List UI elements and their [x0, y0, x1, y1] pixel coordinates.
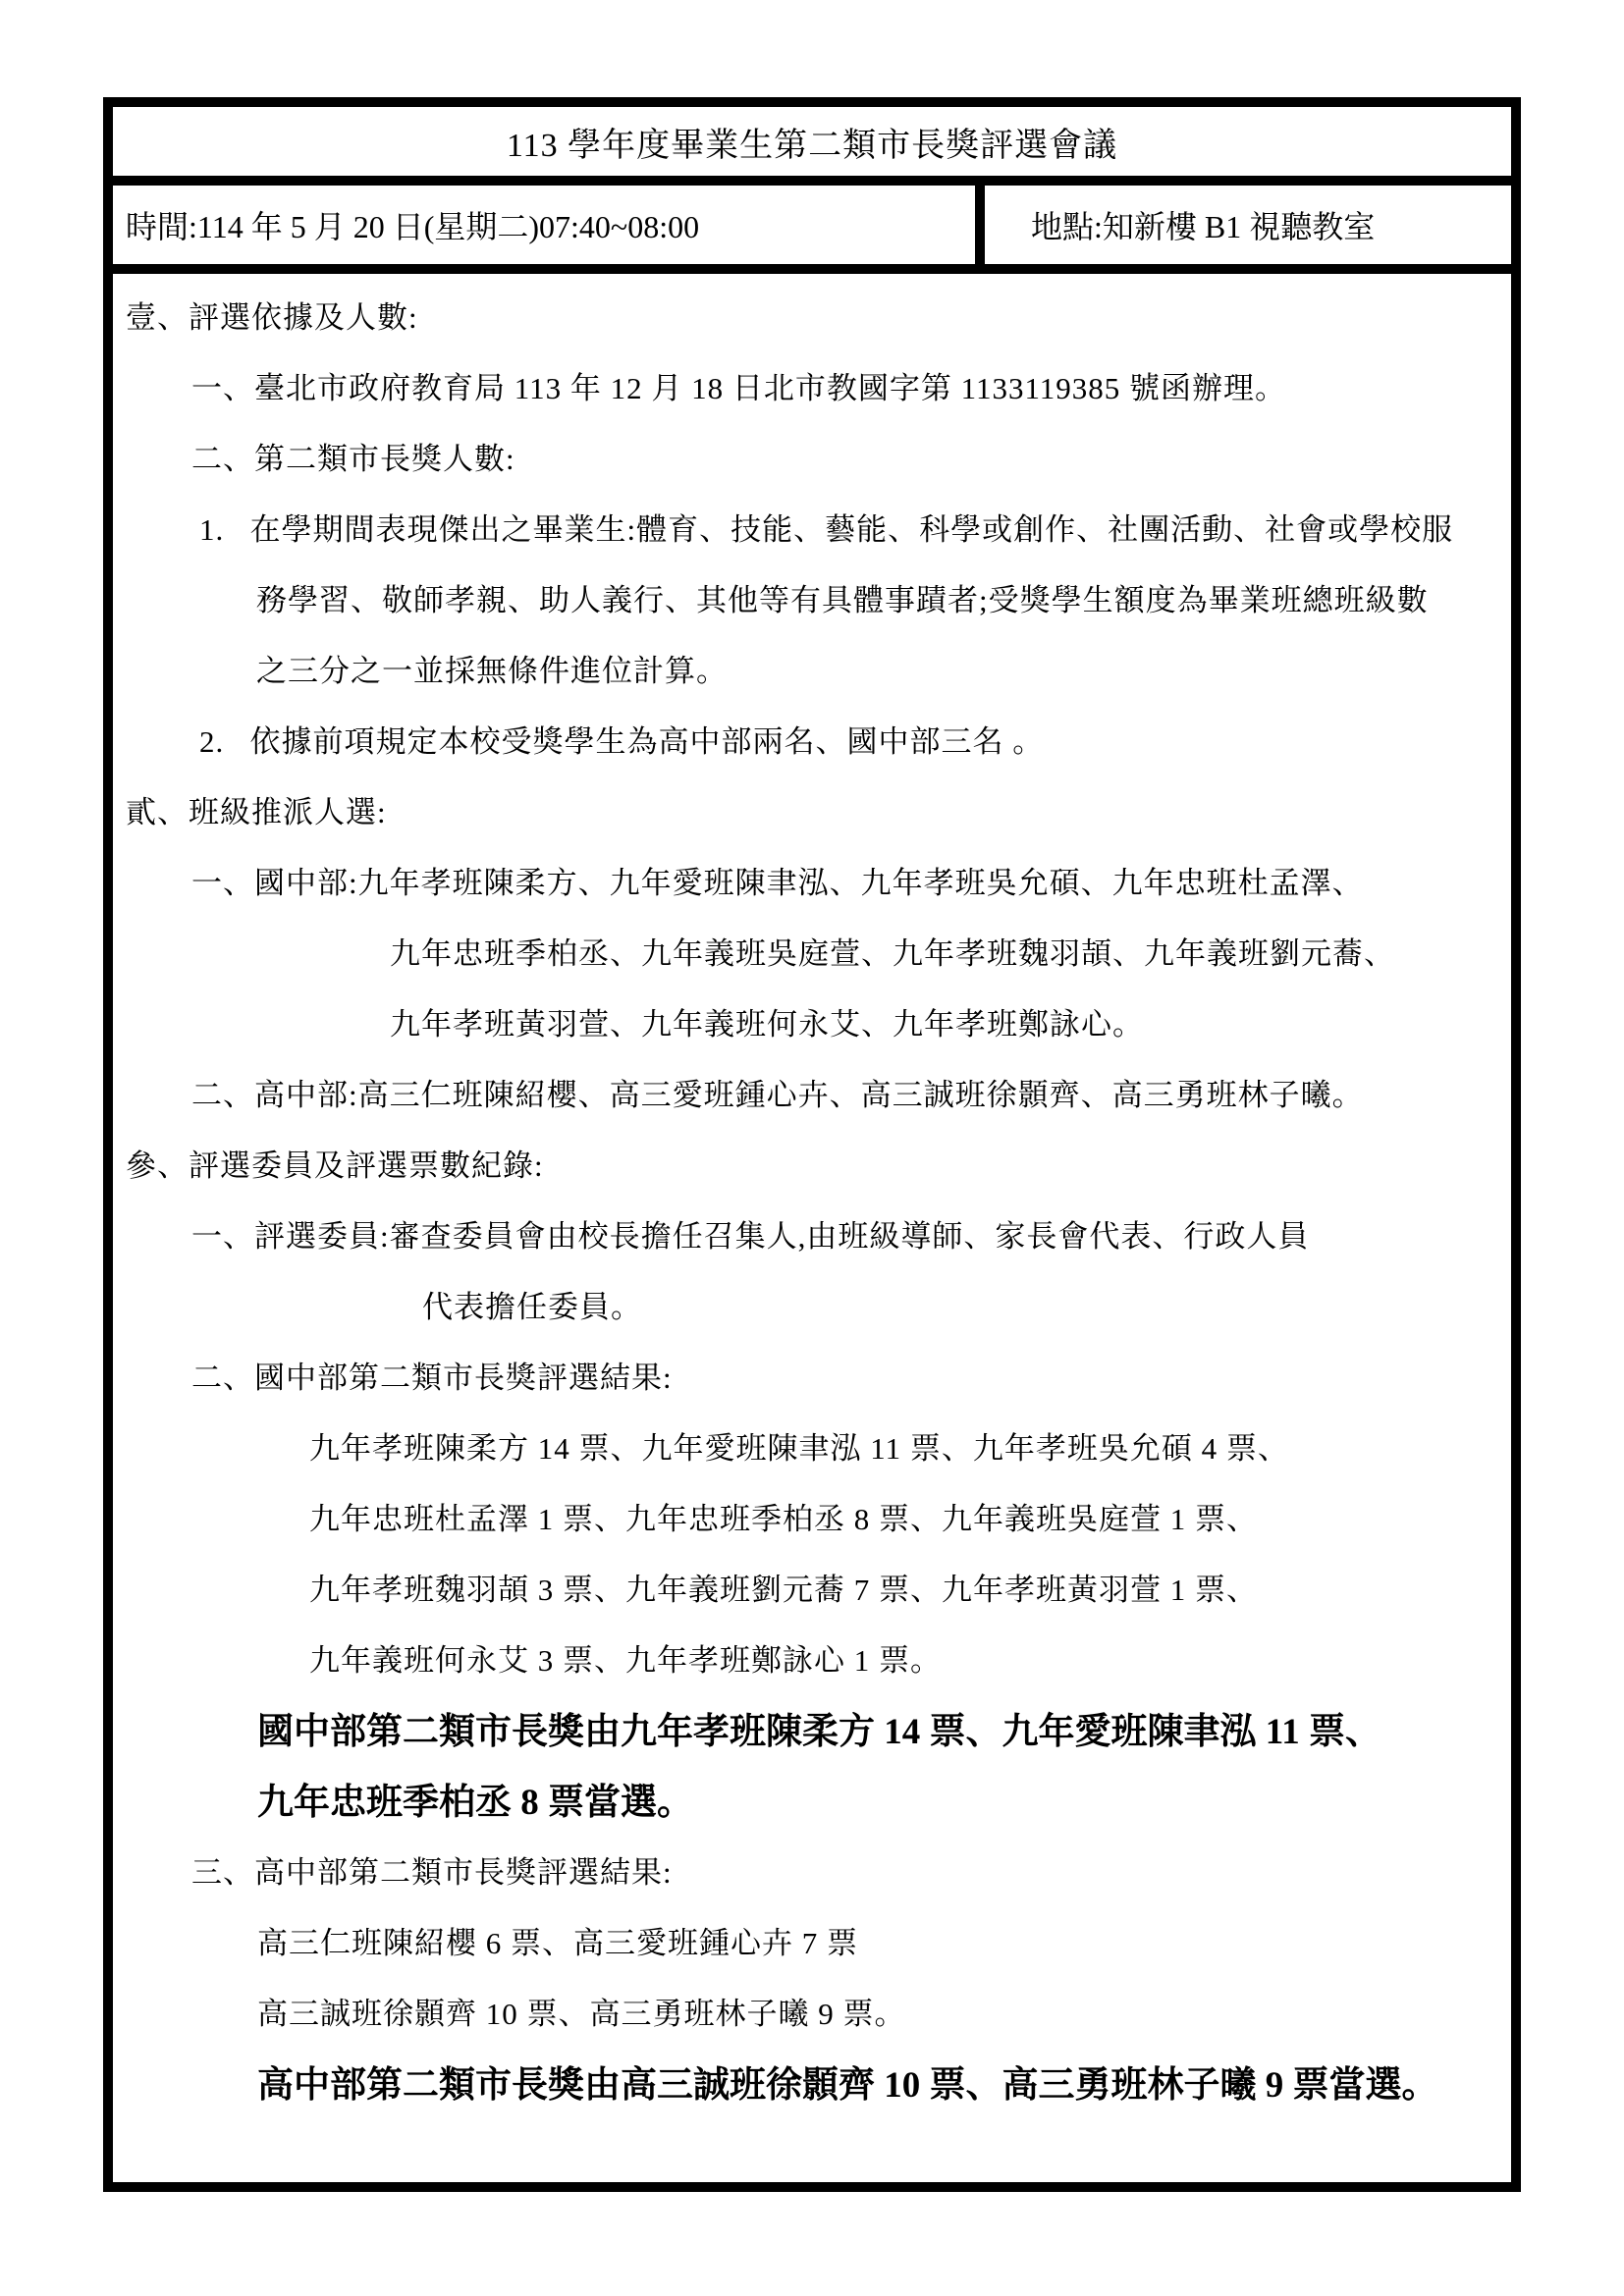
- body-line-14: 一、評選委員:審查委員會由校長擔任召集人,由班級導師、家長會代表、行政人員: [113, 1198, 1511, 1268]
- body-line-22: 九年忠班季柏丞 8 票當選。: [113, 1763, 1511, 1834]
- body-line-10: 九年忠班季柏丞、九年義班吳庭萱、九年孝班魏羽頡、九年義班劉元蕎、: [113, 915, 1511, 986]
- body-line-13: 參、評選委員及評選票數紀錄:: [113, 1127, 1511, 1198]
- page: { "colors": { "background": "#ffffff", "…: [0, 0, 1624, 2296]
- body-line-18: 九年忠班杜孟澤 1 票、九年忠班季柏丞 8 票、九年義班吳庭萱 1 票、: [113, 1480, 1511, 1551]
- body-line-4: 1. 在學期間表現傑出之畢業生:體育、技能、藝能、科學或創作、社團活動、社會或學…: [113, 491, 1511, 561]
- body-line-23: 三、高中部第二類市長獎評選結果:: [113, 1834, 1511, 1904]
- body-line-2: 一、臺北市政府教育局 113 年 12 月 18 日北市教國字第 1133119…: [113, 349, 1511, 420]
- body-line-1: 壹、評選依據及人數:: [113, 279, 1511, 349]
- meeting-time-cell: 時間:114 年 5 月 20 日(星期二)07:40~08:00: [113, 186, 985, 264]
- body-line-12: 二、高中部:高三仁班陳紹櫻、高三愛班鍾心卉、高三誠班徐顥齊、高三勇班林子曦。: [113, 1056, 1511, 1127]
- meeting-location-text: 地點:知新樓 B1 視聽教室: [1031, 202, 1375, 247]
- document-body: 壹、評選依據及人數:一、臺北市政府教育局 113 年 12 月 18 日北市教國…: [113, 274, 1511, 2116]
- body-line-5: 務學習、敬師孝親、助人義行、其他等有具體事蹟者;受獎學生額度為畢業班總班級數: [113, 561, 1511, 632]
- document-info-row: 時間:114 年 5 月 20 日(星期二)07:40~08:00 地點:知新樓…: [113, 186, 1511, 274]
- body-line-19: 九年孝班魏羽頡 3 票、九年義班劉元蕎 7 票、九年孝班黃羽萱 1 票、: [113, 1551, 1511, 1622]
- body-line-21: 國中部第二類市長獎由九年孝班陳柔方 14 票、九年愛班陳聿泓 11 票、: [113, 1692, 1511, 1763]
- body-line-25: 高三誠班徐顥齊 10 票、高三勇班林子曦 9 票。: [113, 1975, 1511, 2046]
- body-line-3: 二、第二類市長獎人數:: [113, 420, 1511, 491]
- body-line-26: 高中部第二類市長獎由高三誠班徐顥齊 10 票、高三勇班林子曦 9 票當選。: [113, 2046, 1511, 2116]
- body-line-16: 二、國中部第二類市長獎評選結果:: [113, 1339, 1511, 1410]
- body-line-17: 九年孝班陳柔方 14 票、九年愛班陳聿泓 11 票、九年孝班吳允碩 4 票、: [113, 1410, 1511, 1480]
- document-title: 113 學年度畢業生第二類市長獎評選會議: [507, 118, 1117, 166]
- body-line-6: 之三分之一並採無條件進位計算。: [113, 632, 1511, 703]
- body-line-7: 2. 依據前項規定本校受獎學生為高中部兩名、國中部三名 。: [113, 703, 1511, 774]
- body-line-8: 貳、班級推派人選:: [113, 774, 1511, 844]
- meeting-time-text: 時間:114 年 5 月 20 日(星期二)07:40~08:00: [126, 202, 699, 247]
- body-line-11: 九年孝班黃羽萱、九年義班何永艾、九年孝班鄭詠心。: [113, 986, 1511, 1056]
- body-line-24: 高三仁班陳紹櫻 6 票、高三愛班鍾心卉 7 票: [113, 1904, 1511, 1975]
- document-title-row: 113 學年度畢業生第二類市長獎評選會議: [113, 107, 1511, 186]
- document-table: 113 學年度畢業生第二類市長獎評選會議 時間:114 年 5 月 20 日(星…: [103, 97, 1521, 2192]
- body-line-9: 一、國中部:九年孝班陳柔方、九年愛班陳聿泓、九年孝班吳允碩、九年忠班杜孟澤、: [113, 844, 1511, 915]
- body-line-20: 九年義班何永艾 3 票、九年孝班鄭詠心 1 票。: [113, 1622, 1511, 1692]
- body-line-15: 代表擔任委員。: [113, 1268, 1511, 1339]
- meeting-location-cell: 地點:知新樓 B1 視聽教室: [985, 186, 1511, 264]
